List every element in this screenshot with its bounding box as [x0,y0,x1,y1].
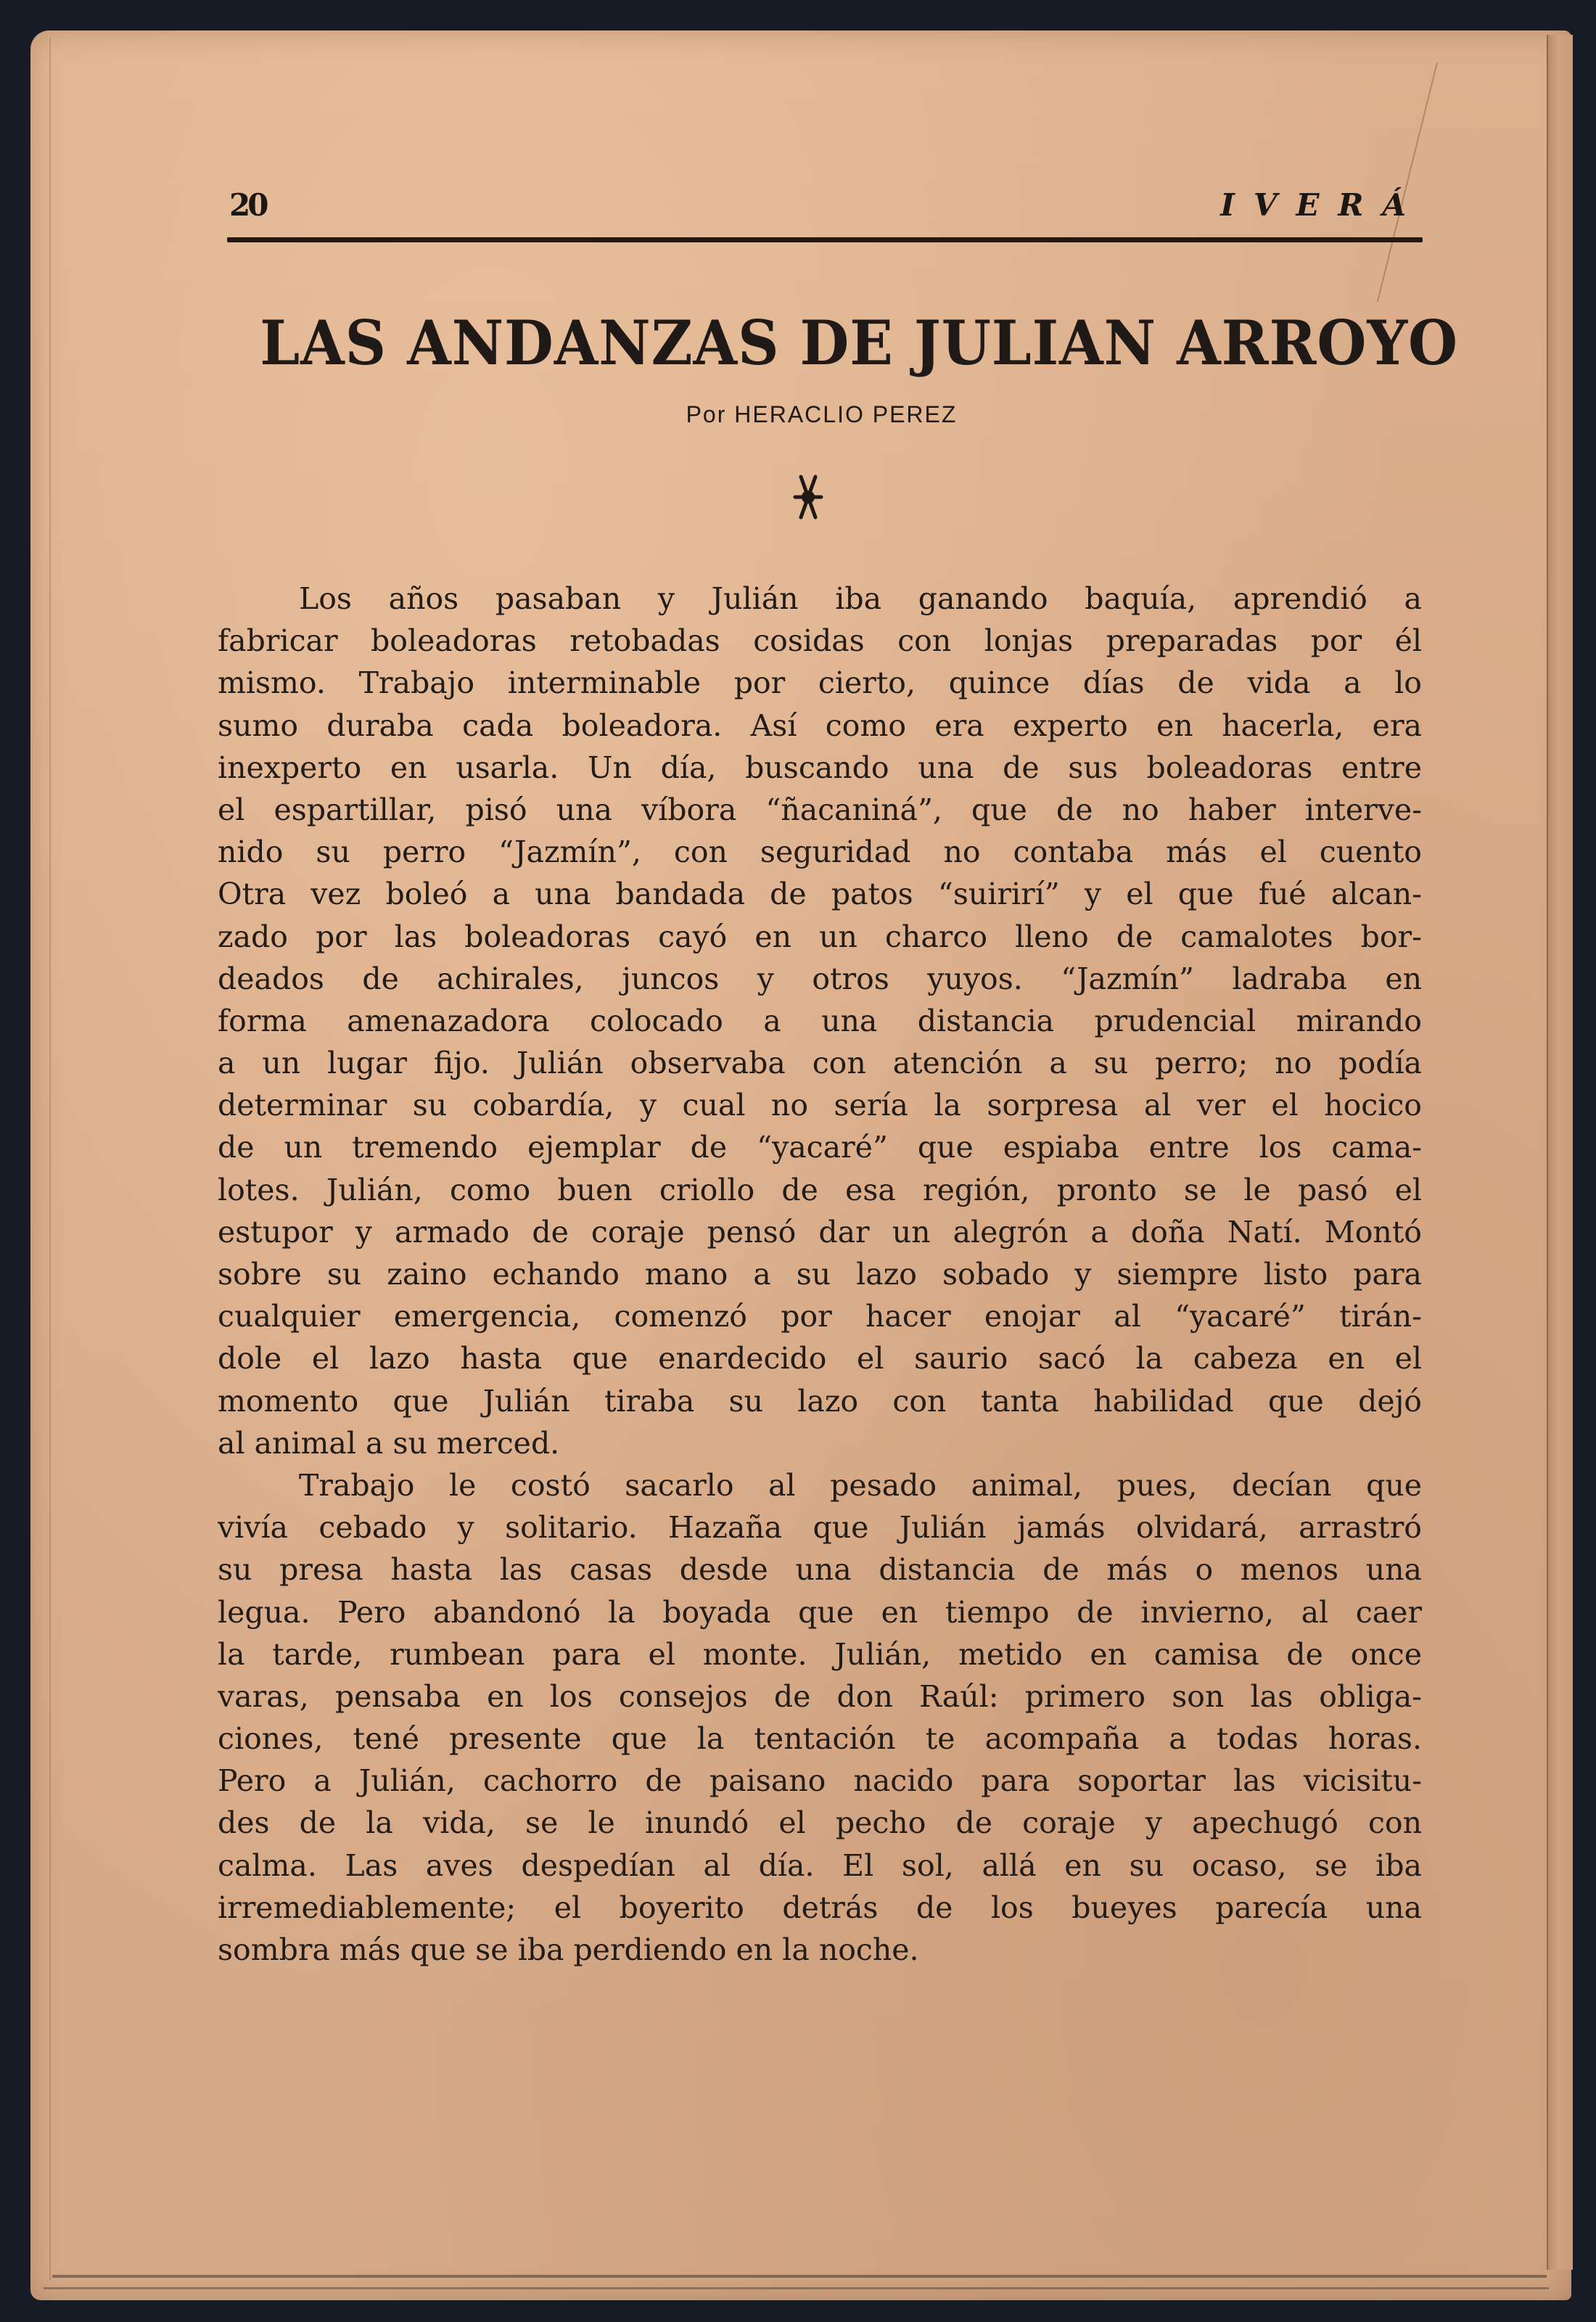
text-line: dole el lazo hasta que enardecido el sau… [218,1337,1422,1379]
text-line: deados de achirales, juncos y otros yuyo… [218,958,1422,1000]
text-line: sobre su zaino echando mano a su lazo so… [218,1253,1422,1295]
text-line: zado por las boleadoras cayó en un charc… [218,916,1422,958]
text-line: de un tremendo ejemplar de “yacaré” que … [218,1126,1422,1168]
text-line: vivía cebado y solitario. Hazaña que Jul… [218,1506,1422,1548]
text-line-content: vivía cebado y solitario. Hazaña que Jul… [218,1506,1422,1548]
article-title: LAS ANDANZAS DE JULIAN ARROYO [260,307,1383,379]
adjacent-page-edge [1547,35,1573,2270]
text-line-content: cualquier emergencia, comenzó por hacer … [218,1295,1422,1337]
text-line-content: mismo. Trabajo interminable por cierto, … [218,662,1422,704]
text-line: sombra más que se iba perdiendo en la no… [218,1929,1422,1971]
text-line: ciones, tené presente que la tentación t… [218,1718,1422,1760]
text-line-content: de un tremendo ejemplar de “yacaré” que … [218,1126,1422,1168]
text-line: al animal a su merced. [218,1422,1422,1464]
text-line-content: zado por las boleadoras cayó en un charc… [218,916,1422,958]
text-line: lotes. Julián, como buen criollo de esa … [218,1169,1422,1211]
text-line: Otra vez boleó a una bandada de patos “s… [218,873,1422,915]
text-line: Trabajo le costó sacarlo al pesado anima… [218,1464,1422,1506]
text-line: momento que Julián tiraba su lazo con ta… [218,1380,1422,1422]
text-line: des de la vida, se le inundó el pecho de… [218,1802,1422,1844]
header-rule [227,237,1423,242]
article-byline: Por HERACLIO PEREZ [218,401,1426,428]
text-line-content: sobre su zaino echando mano a su lazo so… [218,1253,1422,1295]
text-line-content: deados de achirales, juncos y otros yuyo… [218,958,1422,1000]
text-line-content: momento que Julián tiraba su lazo con ta… [218,1380,1422,1422]
text-line: irremediablemente; el boyerito detrás de… [218,1887,1422,1929]
text-line: mismo. Trabajo interminable por cierto, … [218,662,1422,704]
asterism-icon [792,474,824,520]
text-line-content: forma amenazadora colocado a una distanc… [218,1000,1422,1042]
text-line-content: lotes. Julián, como buen criollo de esa … [218,1169,1422,1211]
text-line-content: la tarde, rumbean para el monte. Julián,… [218,1633,1422,1675]
text-line-content: irremediablemente; el boyerito detrás de… [218,1887,1422,1929]
text-line-content: dole el lazo hasta que enardecido el sau… [218,1337,1422,1379]
text-line: sumo duraba cada boleadora. Así como era… [218,705,1422,747]
magazine-name: IVERÁ [1220,187,1425,223]
text-line: a un lugar fijo. Julián observaba con at… [218,1042,1422,1084]
text-line: fabricar boleadoras retobadas cosidas co… [218,620,1422,662]
text-line: calma. Las aves despedían al día. El sol… [218,1845,1422,1887]
text-line-content: inexperto en usarla. Un día, buscando un… [218,747,1422,789]
page-number: 20 [229,187,266,223]
text-line-content: estupor y armado de coraje pensó dar un … [218,1211,1422,1253]
text-line-content: legua. Pero abandonó la boyada que en ti… [218,1591,1422,1633]
text-line-content: ciones, tené presente que la tentación t… [218,1718,1422,1760]
paper-crease [1377,62,1438,302]
text-line: estupor y armado de coraje pensó dar un … [218,1211,1422,1253]
text-line: la tarde, rumbean para el monte. Julián,… [218,1633,1422,1675]
page-stack-edge [52,2275,1547,2278]
text-line-content: Pero a Julián, cachorro de paisano nacid… [218,1760,1422,1802]
text-line: Los años pasaban y Julián iba ganando ba… [218,578,1422,620]
text-line: el espartillar, pisó una víbora “ñacanin… [218,789,1422,831]
text-line-content: Los años pasaban y Julián iba ganando ba… [299,578,1422,620]
text-line: inexperto en usarla. Un día, buscando un… [218,747,1422,789]
text-line: forma amenazadora colocado a una distanc… [218,1000,1422,1042]
binding-fold [49,38,51,2280]
text-line: cualquier emergencia, comenzó por hacer … [218,1295,1422,1337]
text-line-content: el espartillar, pisó una víbora “ñacanin… [218,789,1422,831]
text-line-content: sombra más que se iba perdiendo en la no… [218,1929,1422,1971]
text-line-content: Otra vez boleó a una bandada de patos “s… [218,873,1422,915]
text-line-content: a un lugar fijo. Julián observaba con at… [218,1042,1422,1084]
text-line: su presa hasta las casas desde una dista… [218,1548,1422,1591]
text-line-content: al animal a su merced. [218,1422,1422,1464]
text-line: Pero a Julián, cachorro de paisano nacid… [218,1760,1422,1802]
text-line: nido su perro “Jazmín”, con seguridad no… [218,831,1422,873]
text-line-content: determinar su cobardía, y cual no sería … [218,1084,1422,1126]
article-body: Los años pasaban y Julián iba ganando ba… [218,578,1422,1971]
text-line-content: calma. Las aves despedían al día. El sol… [218,1845,1422,1887]
text-line-content: su presa hasta las casas desde una dista… [218,1548,1422,1591]
text-line: determinar su cobardía, y cual no sería … [218,1084,1422,1126]
text-line: varas, pensaba en los consejos de don Ra… [218,1675,1422,1718]
text-line-content: des de la vida, se le inundó el pecho de… [218,1802,1422,1844]
text-line-content: Trabajo le costó sacarlo al pesado anima… [299,1464,1422,1506]
text-line-content: varas, pensaba en los consejos de don Ra… [218,1675,1422,1718]
text-line-content: fabricar boleadoras retobadas cosidas co… [218,620,1422,662]
text-line-content: nido su perro “Jazmín”, con seguridad no… [218,831,1422,873]
text-line: legua. Pero abandonó la boyada que en ti… [218,1591,1422,1633]
page-stack-edge [44,2287,1549,2289]
text-line-content: sumo duraba cada boleadora. Así como era… [218,705,1422,747]
